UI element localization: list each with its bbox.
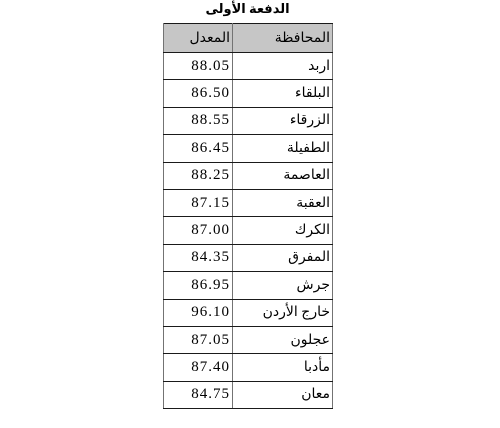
average-cell: 88.55: [164, 107, 233, 134]
table-row: مأدبا 87.40: [164, 354, 333, 381]
governorate-cell: اربد: [233, 53, 333, 80]
table-row: عجلون 87.05: [164, 326, 333, 353]
governorate-cell: الزرقاء: [233, 107, 333, 134]
governorate-cell: الكرك: [233, 217, 333, 244]
governorate-cell: المفرق: [233, 244, 333, 271]
governorate-cell: البلقاء: [233, 80, 333, 107]
page-title: الدفعة الأولى: [163, 1, 332, 17]
table-row: الكرك 87.00: [164, 217, 333, 244]
governorate-cell: خارج الأردن: [233, 299, 333, 326]
average-cell: 86.95: [164, 272, 233, 299]
table-row: المفرق 84.35: [164, 244, 333, 271]
governorate-cell: العاصمة: [233, 162, 333, 189]
average-cell: 88.25: [164, 162, 233, 189]
governorate-cell: جرش: [233, 272, 333, 299]
table-row: الزرقاء 88.55: [164, 107, 333, 134]
table-row: جرش 86.95: [164, 272, 333, 299]
average-cell: 86.50: [164, 80, 233, 107]
governorate-cell: عجلون: [233, 326, 333, 353]
average-cell: 87.15: [164, 189, 233, 216]
average-cell: 88.05: [164, 53, 233, 80]
average-column-header: المعدل: [164, 24, 233, 53]
average-cell: 96.10: [164, 299, 233, 326]
governorate-cell: مأدبا: [233, 354, 333, 381]
header-row: المحافظة المعدل: [164, 24, 333, 53]
average-cell: 86.45: [164, 135, 233, 162]
governorate-cell: العقبة: [233, 189, 333, 216]
average-cell: 87.40: [164, 354, 233, 381]
governorate-cell: معان: [233, 381, 333, 408]
table-row: خارج الأردن 96.10: [164, 299, 333, 326]
governorate-cell: الطفيلة: [233, 135, 333, 162]
table-row: اربد 88.05: [164, 53, 333, 80]
table-row: الطفيلة 86.45: [164, 135, 333, 162]
table-row: البلقاء 86.50: [164, 80, 333, 107]
table-row: معان 84.75: [164, 381, 333, 408]
average-cell: 84.35: [164, 244, 233, 271]
table-row: العقبة 87.15: [164, 189, 333, 216]
page: { "title": "الدفعة الأولى", "table": { "…: [0, 0, 500, 428]
table-row: العاصمة 88.25: [164, 162, 333, 189]
governorate-averages-table: المحافظة المعدل اربد 88.05 البلقاء 86.50…: [163, 23, 333, 409]
average-cell: 87.00: [164, 217, 233, 244]
average-cell: 84.75: [164, 381, 233, 408]
governorate-column-header: المحافظة: [233, 24, 333, 53]
average-cell: 87.05: [164, 326, 233, 353]
